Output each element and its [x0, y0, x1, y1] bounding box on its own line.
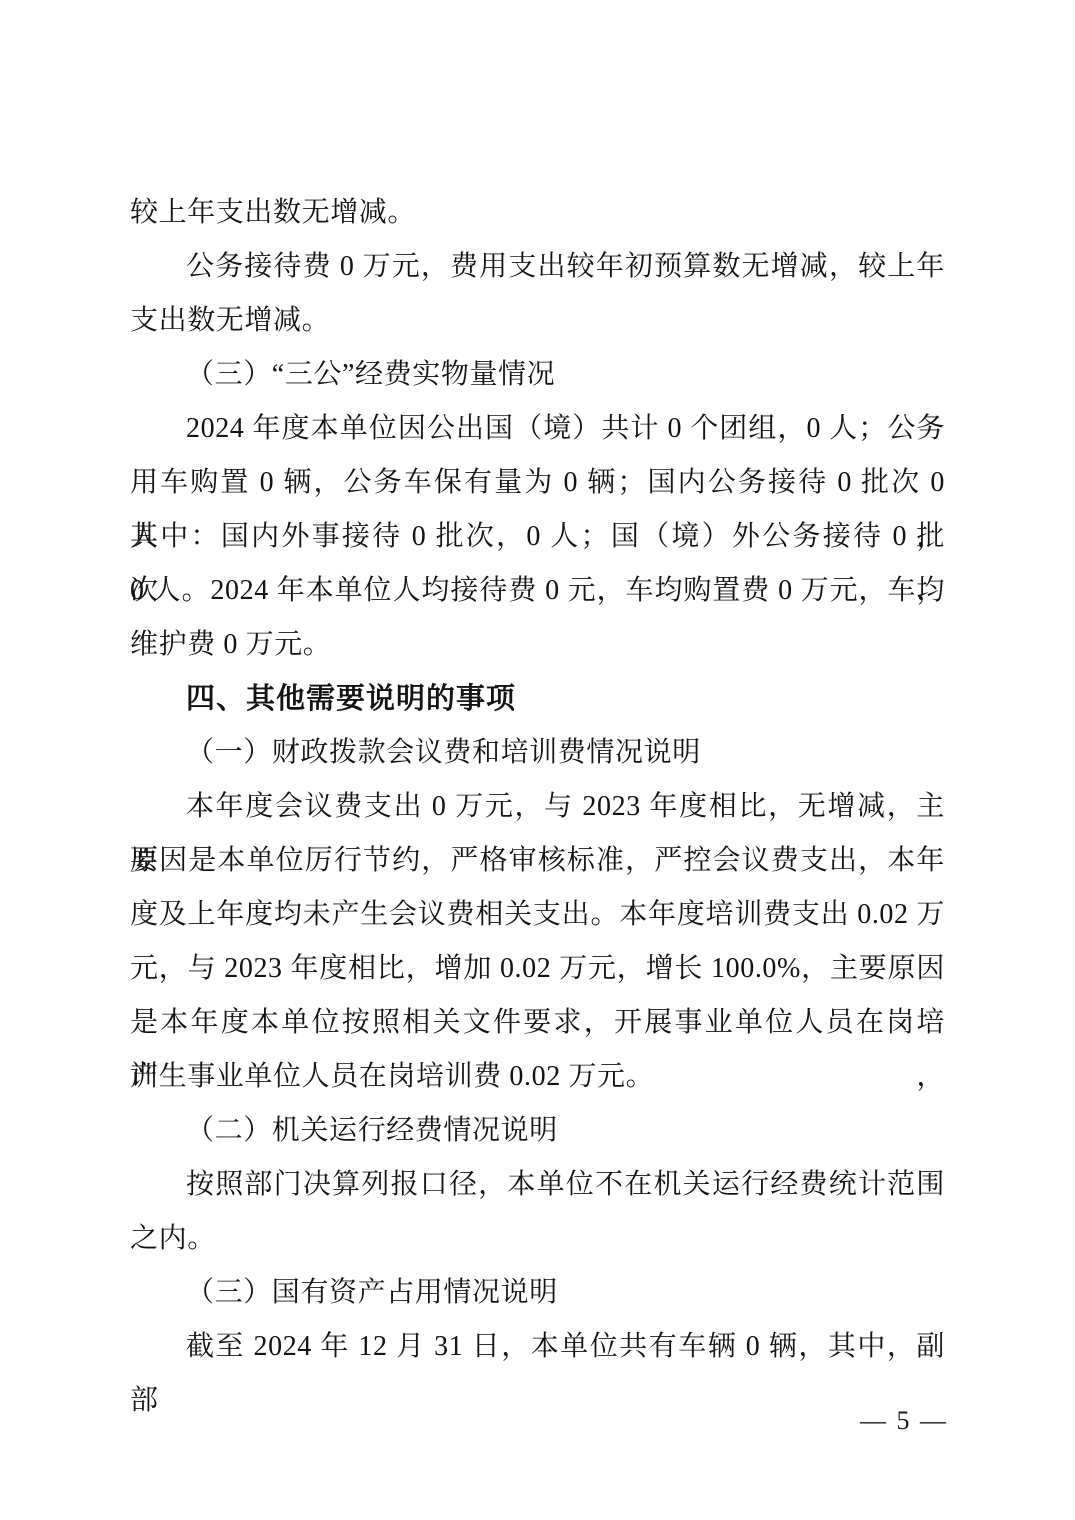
text-line: 0 人。2024 年本单位人均接待费 0 元，车均购置费 0 万元，车均 [130, 564, 945, 618]
text-line: 维护费 0 万元。 [130, 618, 945, 672]
page-number: — 5 — [860, 1406, 948, 1435]
section-subheading: （一）财政拨款会议费和培训费情况说明 [130, 726, 945, 780]
text-line: 公务接待费 0 万元，费用支出较年初预算数无增减，较上年 [130, 240, 945, 294]
text-line: 2024 年度本单位因公出国（境）共计 0 个团组，0 人；公务 [130, 402, 945, 456]
section-subheading: （二）机关运行经费情况说明 [130, 1104, 945, 1158]
text-line: 按照部门决算列报口径，本单位不在机关运行经费统计范围 [130, 1158, 945, 1212]
text-line: 本年度会议费支出 0 万元，与 2023 年度相比，无增减，主要 [130, 780, 945, 834]
text-line: 截至 2024 年 12 月 31 日，本单位共有车辆 0 辆，其中，副部 [130, 1320, 945, 1374]
section-heading: 四、其他需要说明的事项 [130, 672, 945, 726]
text-line: 元，与 2023 年度相比，增加 0.02 万元，增长 100.0%，主要原因 [130, 942, 945, 996]
page-footer: — 5 — [828, 1406, 980, 1436]
text-line: 支出数无增减。 [130, 294, 945, 348]
text-line: 用车购置 0 辆，公务车保有量为 0 辆；国内公务接待 0 批次 0 人， [130, 456, 945, 510]
text-line: 较上年支出数无增减。 [130, 186, 945, 240]
text-line: 之内。 [130, 1212, 945, 1266]
text-line: 其中：国内外事接待 0 批次，0 人；国（境）外公务接待 0 批次， [130, 510, 945, 564]
document-page: { "page": { "background": "#ffffff", "te… [0, 0, 1075, 1520]
section-subheading: （三）国有资产占用情况说明 [130, 1266, 945, 1320]
document-body: 较上年支出数无增减。 公务接待费 0 万元，费用支出较年初预算数无增减，较上年 … [130, 186, 945, 1374]
text-line: 原因是本单位厉行节约，严格审核标准，严控会议费支出，本年 [130, 834, 945, 888]
text-line: 是本年度本单位按照相关文件要求，开展事业单位人员在岗培训， [130, 996, 945, 1050]
text-line: 度及上年度均未产生会议费相关支出。本年度培训费支出 0.02 万 [130, 888, 945, 942]
section-subheading: （三）“三公”经费实物量情况 [130, 348, 945, 402]
